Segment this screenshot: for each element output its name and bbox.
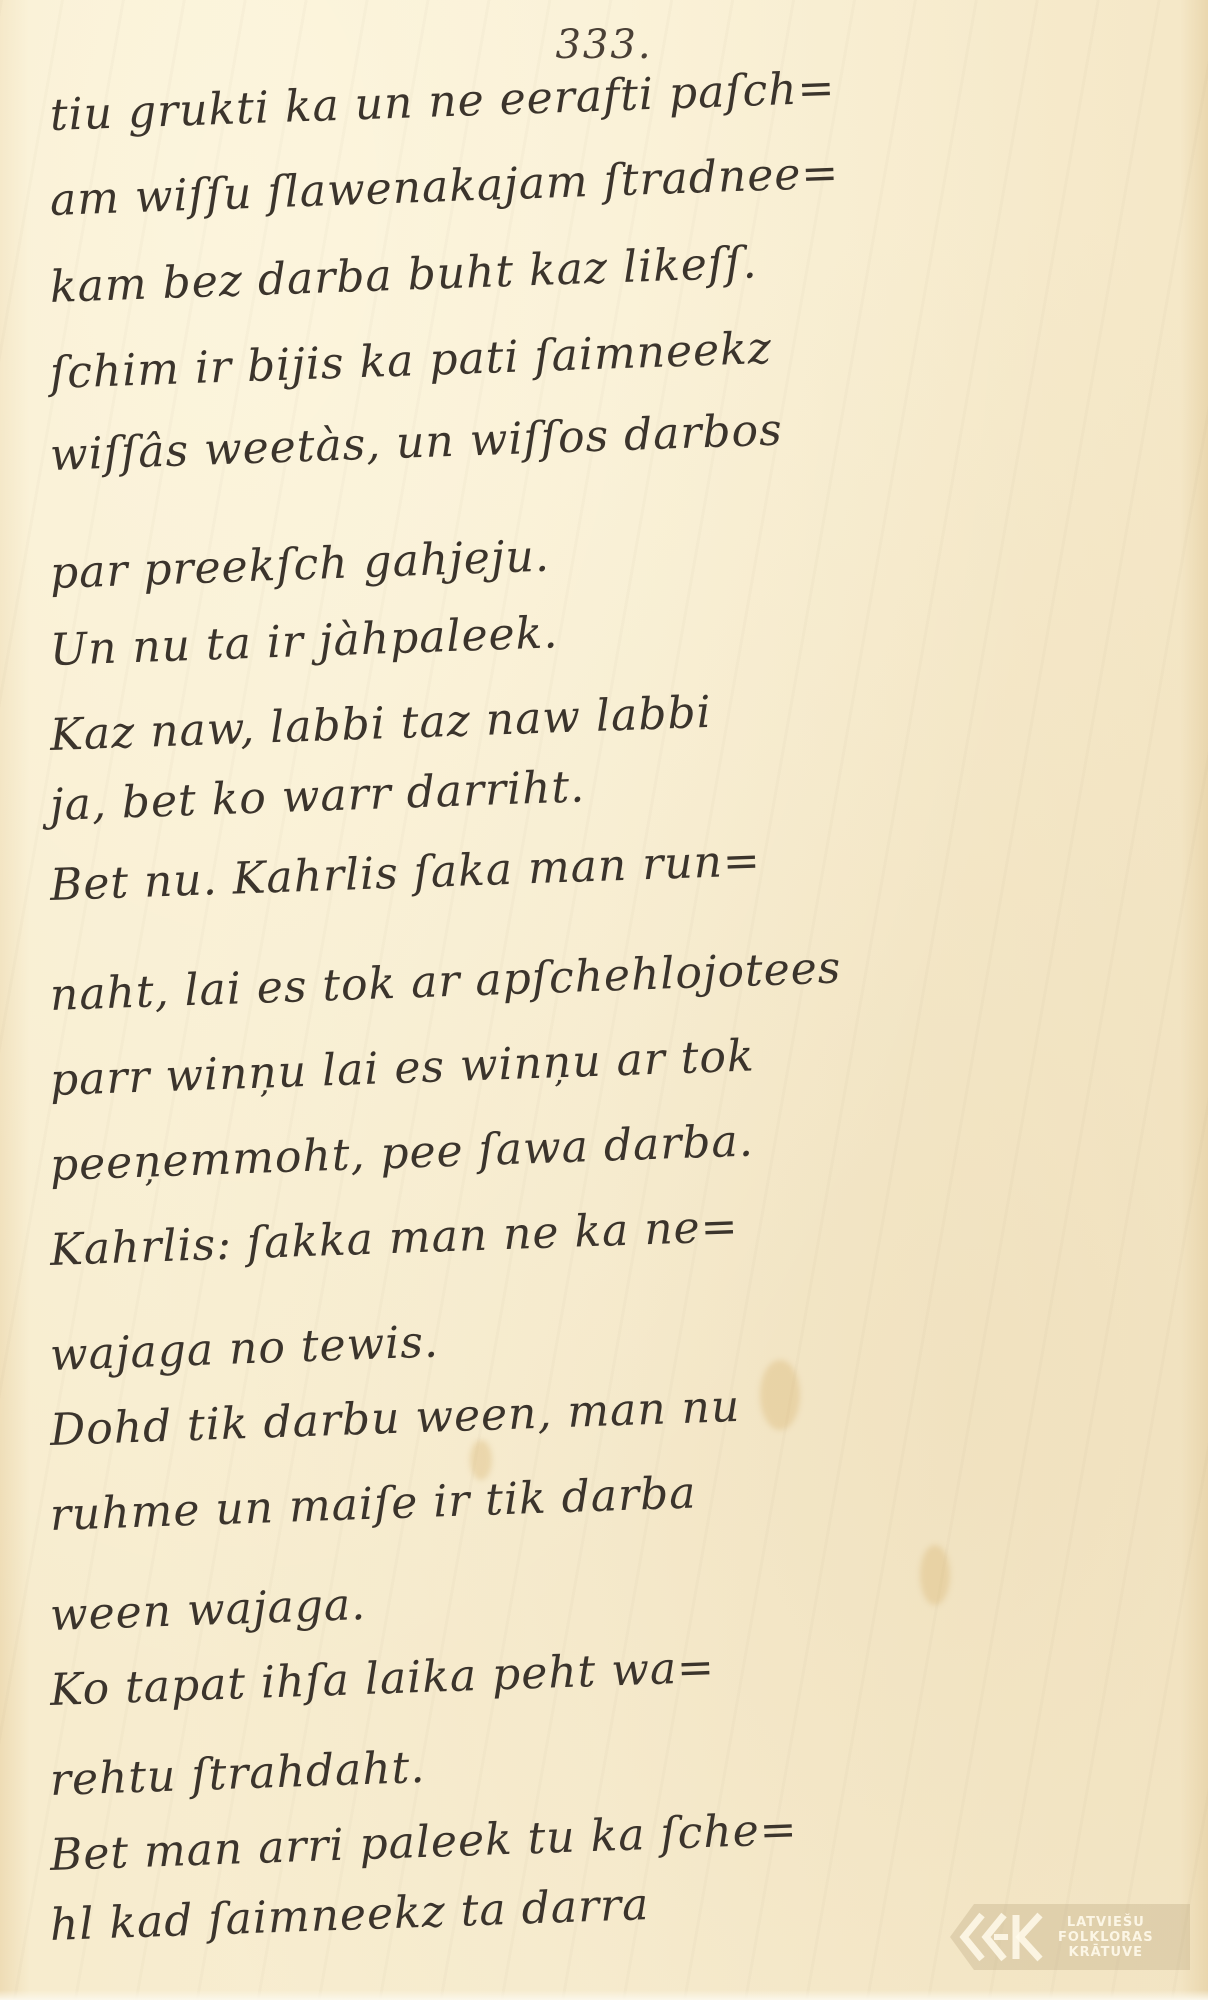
archive-watermark-logo: LATVIEŠU FOLKLORAS KRĀTUVE — [950, 1904, 1190, 1970]
text-line: wajaga no tewis. — [49, 1316, 440, 1381]
text-line: kam bez darba buht kaz likeſſ. — [49, 237, 758, 313]
text-line: ween wajaga. — [49, 1579, 367, 1641]
text-line: ſchim ir bijis ka pati ſaimneekz — [49, 323, 773, 399]
watermark-line: LATVIEŠU — [1067, 1915, 1145, 1930]
text-line: rehtu ſtrahdaht. — [49, 1742, 426, 1806]
text-line: am wiſſu ſlawenakajam ſtradnee= — [49, 147, 840, 226]
text-line: wiſſâs weetàs, un wiſſos darbos — [49, 404, 783, 481]
text-line: Kahrlis: ſakka man ne ka ne= — [49, 1201, 739, 1276]
page-edge — [0, 1990, 1208, 2000]
text-line: naht, lai es tok ar apſchehlojotees — [49, 942, 842, 1021]
text-line: Un nu ta ir jàhpaleek. — [49, 607, 559, 676]
text-line: Ko tapat ihſa laika peht wa= — [49, 1642, 716, 1716]
text-line: tiu grukti ka un ne eerafti paſch= — [49, 63, 836, 141]
watermark-line: KRĀTUVE — [1069, 1945, 1144, 1960]
text-line: ruhme un maiſe ir tik darba — [49, 1467, 697, 1541]
text-line: parr winņu lai es winņu ar tok — [49, 1030, 755, 1106]
text-line: Kaz naw, labbi taz naw labbi — [49, 687, 712, 761]
text-line: ja, bet ko warr darriht. — [49, 761, 586, 831]
text-line: Dohd tik darbu ween, man nu — [49, 1381, 741, 1456]
text-line: Bet man arri paleek tu ka ſche= — [49, 1804, 798, 1881]
handwritten-text: tiu grukti ka un ne eerafti paſch= am wi… — [0, 0, 1208, 2000]
manuscript-page: 333. tiu grukti ka un ne eerafti paſch= … — [0, 0, 1208, 2000]
text-line: hl kad ſaimneekz ta darra — [49, 1879, 650, 1951]
text-line: Bet nu. Kahrlis ſaka man run= — [49, 835, 761, 911]
watermark-line: FOLKLORAS — [1058, 1930, 1154, 1945]
watermark-text: LATVIEŠU FOLKLORAS KRĀTUVE — [1058, 1915, 1154, 1960]
text-line: par preekſch gahjeju. — [49, 531, 550, 599]
text-line: peeņemmoht, pee ſawa darba. — [49, 1115, 754, 1191]
